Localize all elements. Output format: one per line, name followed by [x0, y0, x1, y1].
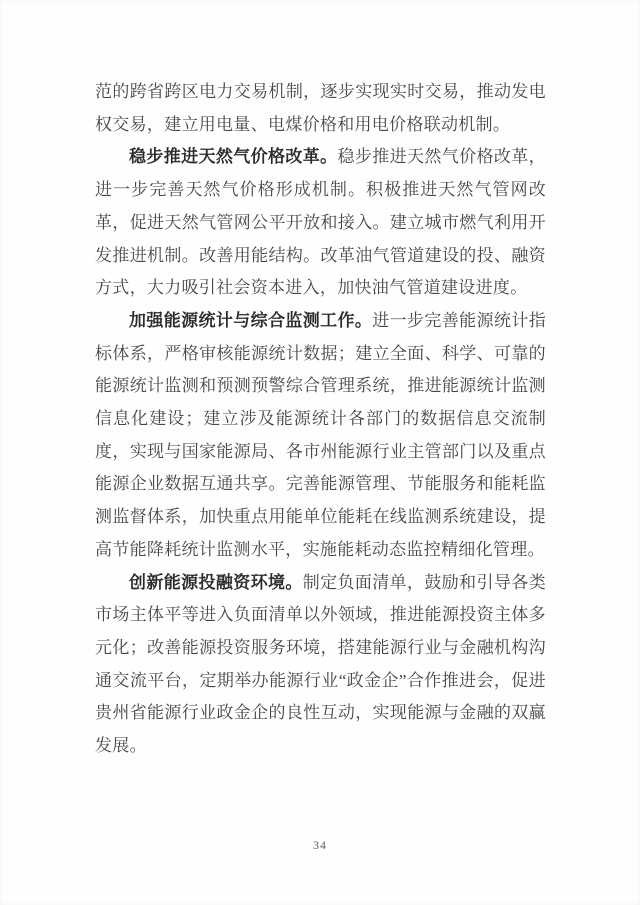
paragraph-lead: 创新能源投融资环境。 [129, 573, 303, 592]
paragraph-text: 范的跨省跨区电力交易机制，逐步实现实时交易，推动发电权交易，建立用电量、电煤价格… [95, 82, 546, 134]
paragraph: 加强能源统计与综合监测工作。进一步完善能源统计指标体系，严格审核能源统计数据；建… [95, 305, 546, 567]
paragraph-text: 进一步完善能源统计指标体系，严格审核能源统计数据；建立全面、科学、可靠的能源统计… [95, 311, 546, 559]
paragraph: 范的跨省跨区电力交易机制，逐步实现实时交易，推动发电权交易，建立用电量、电煤价格… [95, 76, 546, 141]
paragraph-text: 制定负面清单，鼓励和引导各类市场主体平等进入负面清单以外领域，推进能源投资主体多… [95, 573, 546, 756]
document-page: 范的跨省跨区电力交易机制，逐步实现实时交易，推动发电权交易，建立用电量、电煤价格… [0, 0, 640, 905]
page-number: 34 [313, 838, 327, 852]
paragraph-text: 稳步推进天然气价格改革，进一步完善天然气价格形成机制。积极推进天然气管网改革，促… [95, 147, 546, 297]
paragraph-lead: 稳步推进天然气价格改革。 [129, 147, 338, 166]
paragraph: 稳步推进天然气价格改革。稳步推进天然气价格改革，进一步完善天然气价格形成机制。积… [95, 141, 546, 305]
paragraph: 创新能源投融资环境。制定负面清单，鼓励和引导各类市场主体平等进入负面清单以外领域… [95, 567, 546, 763]
page-footer: 34 [0, 836, 640, 854]
paragraph-lead: 加强能源统计与综合监测工作。 [129, 311, 372, 330]
document-body: 范的跨省跨区电力交易机制，逐步实现实时交易，推动发电权交易，建立用电量、电煤价格… [95, 76, 546, 763]
